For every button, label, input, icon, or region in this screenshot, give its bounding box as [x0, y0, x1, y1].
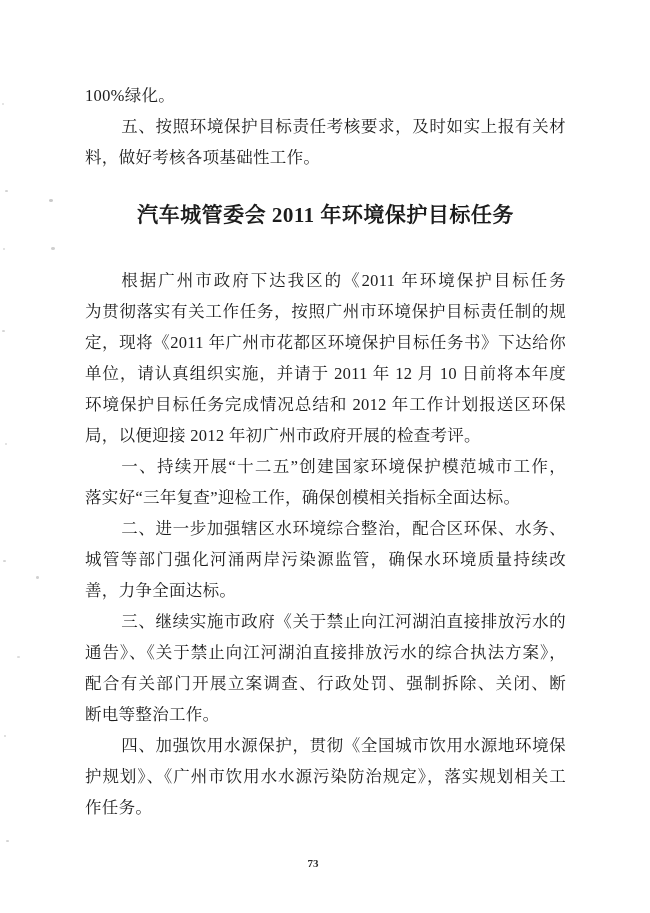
text-line: 三、继续实施市政府《关于禁止向江河湖泊直接排放污水的: [85, 606, 566, 637]
scan-speck: [4, 735, 6, 737]
scan-speck: [17, 656, 20, 658]
text-line: 为贯彻落实有关工作任务，按照广州市环境保护目标责任制的规: [85, 296, 566, 327]
text-line: 落实好“三年复查”迎检工作，确保创模相关指标全面达标。: [85, 482, 566, 513]
text-line: 一、持续开展“十二五”创建国家环境保护模范城市工作，: [85, 451, 566, 482]
text-line: 通告》、《关于禁止向江河湖泊直接排放污水的综合执法方案》，: [85, 637, 566, 668]
scan-speck: [2, 103, 4, 105]
text-line: 定，现将《2011 年广州市花都区环境保护目标任务书》下达给你: [85, 327, 566, 358]
text-line: 环境保护目标任务完成情况总结和 2012 年工作计划报送区环保: [85, 389, 566, 420]
text-line: 配合有关部门开展立案调查、行政处罚、强制拆除、关闭、断水、: [85, 668, 566, 699]
paragraph: 四、加强饮用水源保护，贯彻《全国城市饮用水源地环境保护规划》、《广州市饮用水水源…: [85, 730, 566, 823]
page-number: 73: [0, 858, 638, 870]
text-line: 城管等部门强化河涌两岸污染源监管，确保水环境质量持续改: [85, 544, 566, 575]
paragraph: 一、持续开展“十二五”创建国家环境保护模范城市工作，落实好“三年复查”迎检工作，…: [85, 451, 566, 513]
text-line: 局，以便迎接 2012 年初广州市政府开展的检查考评。: [85, 420, 566, 451]
text-line: 五、按照环境保护目标责任考核要求，及时如实上报有关材: [85, 111, 566, 142]
document-title: 汽车城管委会 2011 年环境保护目标任务: [85, 199, 566, 232]
paragraph: 五、按照环境保护目标责任考核要求，及时如实上报有关材料，做好考核各项基础性工作。: [85, 111, 566, 173]
paragraph: 根据广州市政府下达我区的《2011 年环境保护目标任务书》，为贯彻落实有关工作任…: [85, 265, 566, 451]
paragraph: 二、进一步加强辖区水环境综合整治，配合区环保、水务、城管等部门强化河涌两岸污染源…: [85, 513, 566, 606]
scan-speck: [51, 247, 55, 250]
text-line: 断电等整治工作。: [85, 699, 566, 730]
text-line: 料，做好考核各项基础性工作。: [85, 142, 566, 173]
scan-speck: [2, 330, 5, 332]
document-body: 100%绿化。五、按照环境保护目标责任考核要求，及时如实上报有关材料，做好考核各…: [85, 80, 566, 823]
scan-speck: [36, 576, 39, 579]
scan-speck: [49, 199, 53, 202]
text-line: 善，力争全面达标。: [85, 575, 566, 606]
scan-speck: [6, 840, 9, 842]
scan-speck: [3, 248, 5, 250]
scan-speck: [5, 443, 7, 445]
text-line: 根据广州市政府下达我区的《2011 年环境保护目标任务书》，: [85, 265, 566, 296]
text-line: 作任务。: [85, 792, 566, 823]
text-line: 护规划》、《广州市饮用水水源污染防治规定》，落实规划相关工: [85, 761, 566, 792]
text-line: 四、加强饮用水源保护，贯彻《全国城市饮用水源地环境保: [85, 730, 566, 761]
scan-speck: [3, 560, 6, 562]
document-page: 100%绿化。五、按照环境保护目标责任考核要求，及时如实上报有关材料，做好考核各…: [0, 0, 650, 913]
paragraph: 三、继续实施市政府《关于禁止向江河湖泊直接排放污水的通告》、《关于禁止向江河湖泊…: [85, 606, 566, 730]
scan-speck: [5, 190, 8, 192]
text-line: 二、进一步加强辖区水环境综合整治，配合区环保、水务、: [85, 513, 566, 544]
text-line: 100%绿化。: [85, 80, 566, 111]
paragraph: 100%绿化。: [85, 80, 566, 111]
text-line: 单位，请认真组织实施，并请于 2011 年 12 月 10 日前将本年度: [85, 358, 566, 389]
